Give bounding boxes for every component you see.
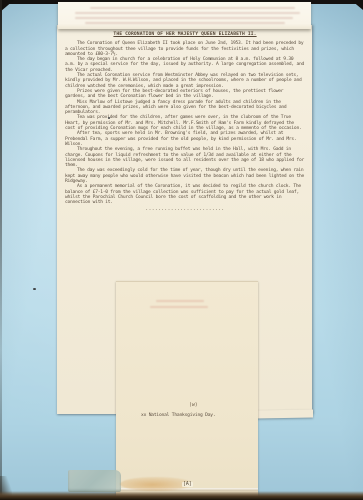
bleed-through-text (75, 17, 293, 19)
document-paragraph: The Coronation of Queen Elizabeth II too… (65, 41, 305, 57)
corner-mark-label: [A] (182, 482, 193, 487)
document-paragraph: As a permanent memorial of the Coronatio… (65, 184, 305, 205)
document-body: THE CORONATION OF HER MAJESTY QUEEN ELIZ… (65, 32, 305, 212)
document-paragraph: The day was exceedingly cold for the tim… (65, 168, 305, 184)
overlay-sheet (116, 281, 258, 497)
bleed-through-text (150, 306, 208, 308)
dotted-separator: ......................... (65, 207, 305, 212)
bleed-through-text (90, 7, 295, 9)
bleed-through-text (85, 22, 285, 24)
bleed-through-text (156, 300, 204, 302)
bleed-through-text (75, 12, 300, 14)
document-paragraph: After tea, sports were held in Mr. Brown… (65, 131, 305, 147)
overlay-sheet-edge (116, 281, 258, 282)
photo-corner-top-right (351, 0, 363, 10)
document-paragraph: Prizes were given for the best-decorated… (65, 89, 305, 100)
footnote: xx National Thanksgiving Day. (141, 413, 215, 418)
photo-left-edge (0, 0, 2, 500)
photo-bottom-edge (0, 491, 363, 500)
footnote-marker: (w) (189, 403, 198, 408)
typed-document-sheet-corner (255, 409, 313, 418)
document-paragraph: Tea was provided for the children, after… (65, 115, 305, 131)
document-title: THE CORONATION OF HER MAJESTY QUEEN ELIZ… (65, 32, 305, 37)
speck (33, 288, 36, 290)
photo-corner-top-left (0, 0, 14, 12)
speck (108, 117, 110, 119)
document-paragraph: The day began in church for a celebratio… (65, 57, 305, 73)
document-paragraph: Miss Marlow of Listowe judged a fancy dr… (65, 100, 305, 116)
document-paragraph: The actual Coronation service from Westm… (65, 73, 305, 89)
photo-corner-smudge (68, 470, 121, 492)
document-paragraph: Throughout the evening, a free running b… (65, 147, 305, 168)
